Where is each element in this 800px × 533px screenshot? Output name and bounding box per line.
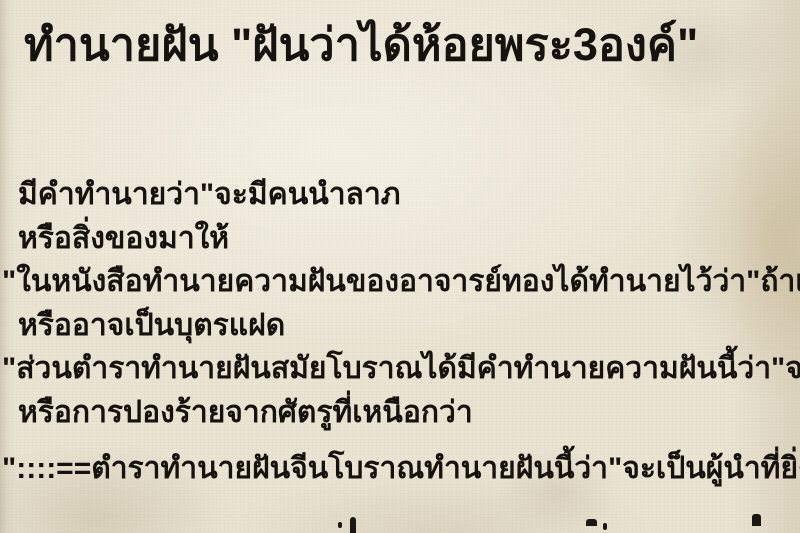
body-line-4: หรืออาจเป็นบุตรแฝด	[0, 304, 800, 348]
body-line-1: มีคำทำนายว่า"จะมีคนนำลาภ	[0, 173, 800, 217]
cutoff-text-fragment	[603, 523, 607, 530]
body-line-7: "::::==ตำราทำนายฝันจีนโบราณทำนายฝันนี้ว่…	[0, 447, 800, 491]
cutoff-text-fragment	[752, 514, 761, 526]
body-line-3: "ในหนังสือทำนายความฝันของอาจารย์ทองได้ทำ…	[0, 260, 800, 304]
cutoff-text-fragment	[338, 522, 342, 528]
cutoff-text-fragment	[350, 517, 356, 533]
body-line-2: หรือสิ่งของมาให้	[0, 217, 800, 261]
dream-interpretation-page: ทำนายฝัน "ฝันว่าได้ห้อยพระ3องค์" มีคำทำน…	[0, 0, 800, 533]
body-line-6: หรือการปองร้ายจากศัตรูที่เหนือกว่า	[0, 391, 800, 435]
page-title: ทำนายฝัน "ฝันว่าได้ห้อยพระ3องค์"	[24, 14, 698, 76]
body-line-5: "ส่วนตำราทำนายฝันสมัยโบราณได้มีคำทำนายคว…	[0, 347, 800, 391]
body-text: มีคำทำนายว่า"จะมีคนนำลาภ หรือสิ่งของมาให…	[0, 173, 800, 533]
cutoff-text-fragment	[586, 519, 597, 526]
